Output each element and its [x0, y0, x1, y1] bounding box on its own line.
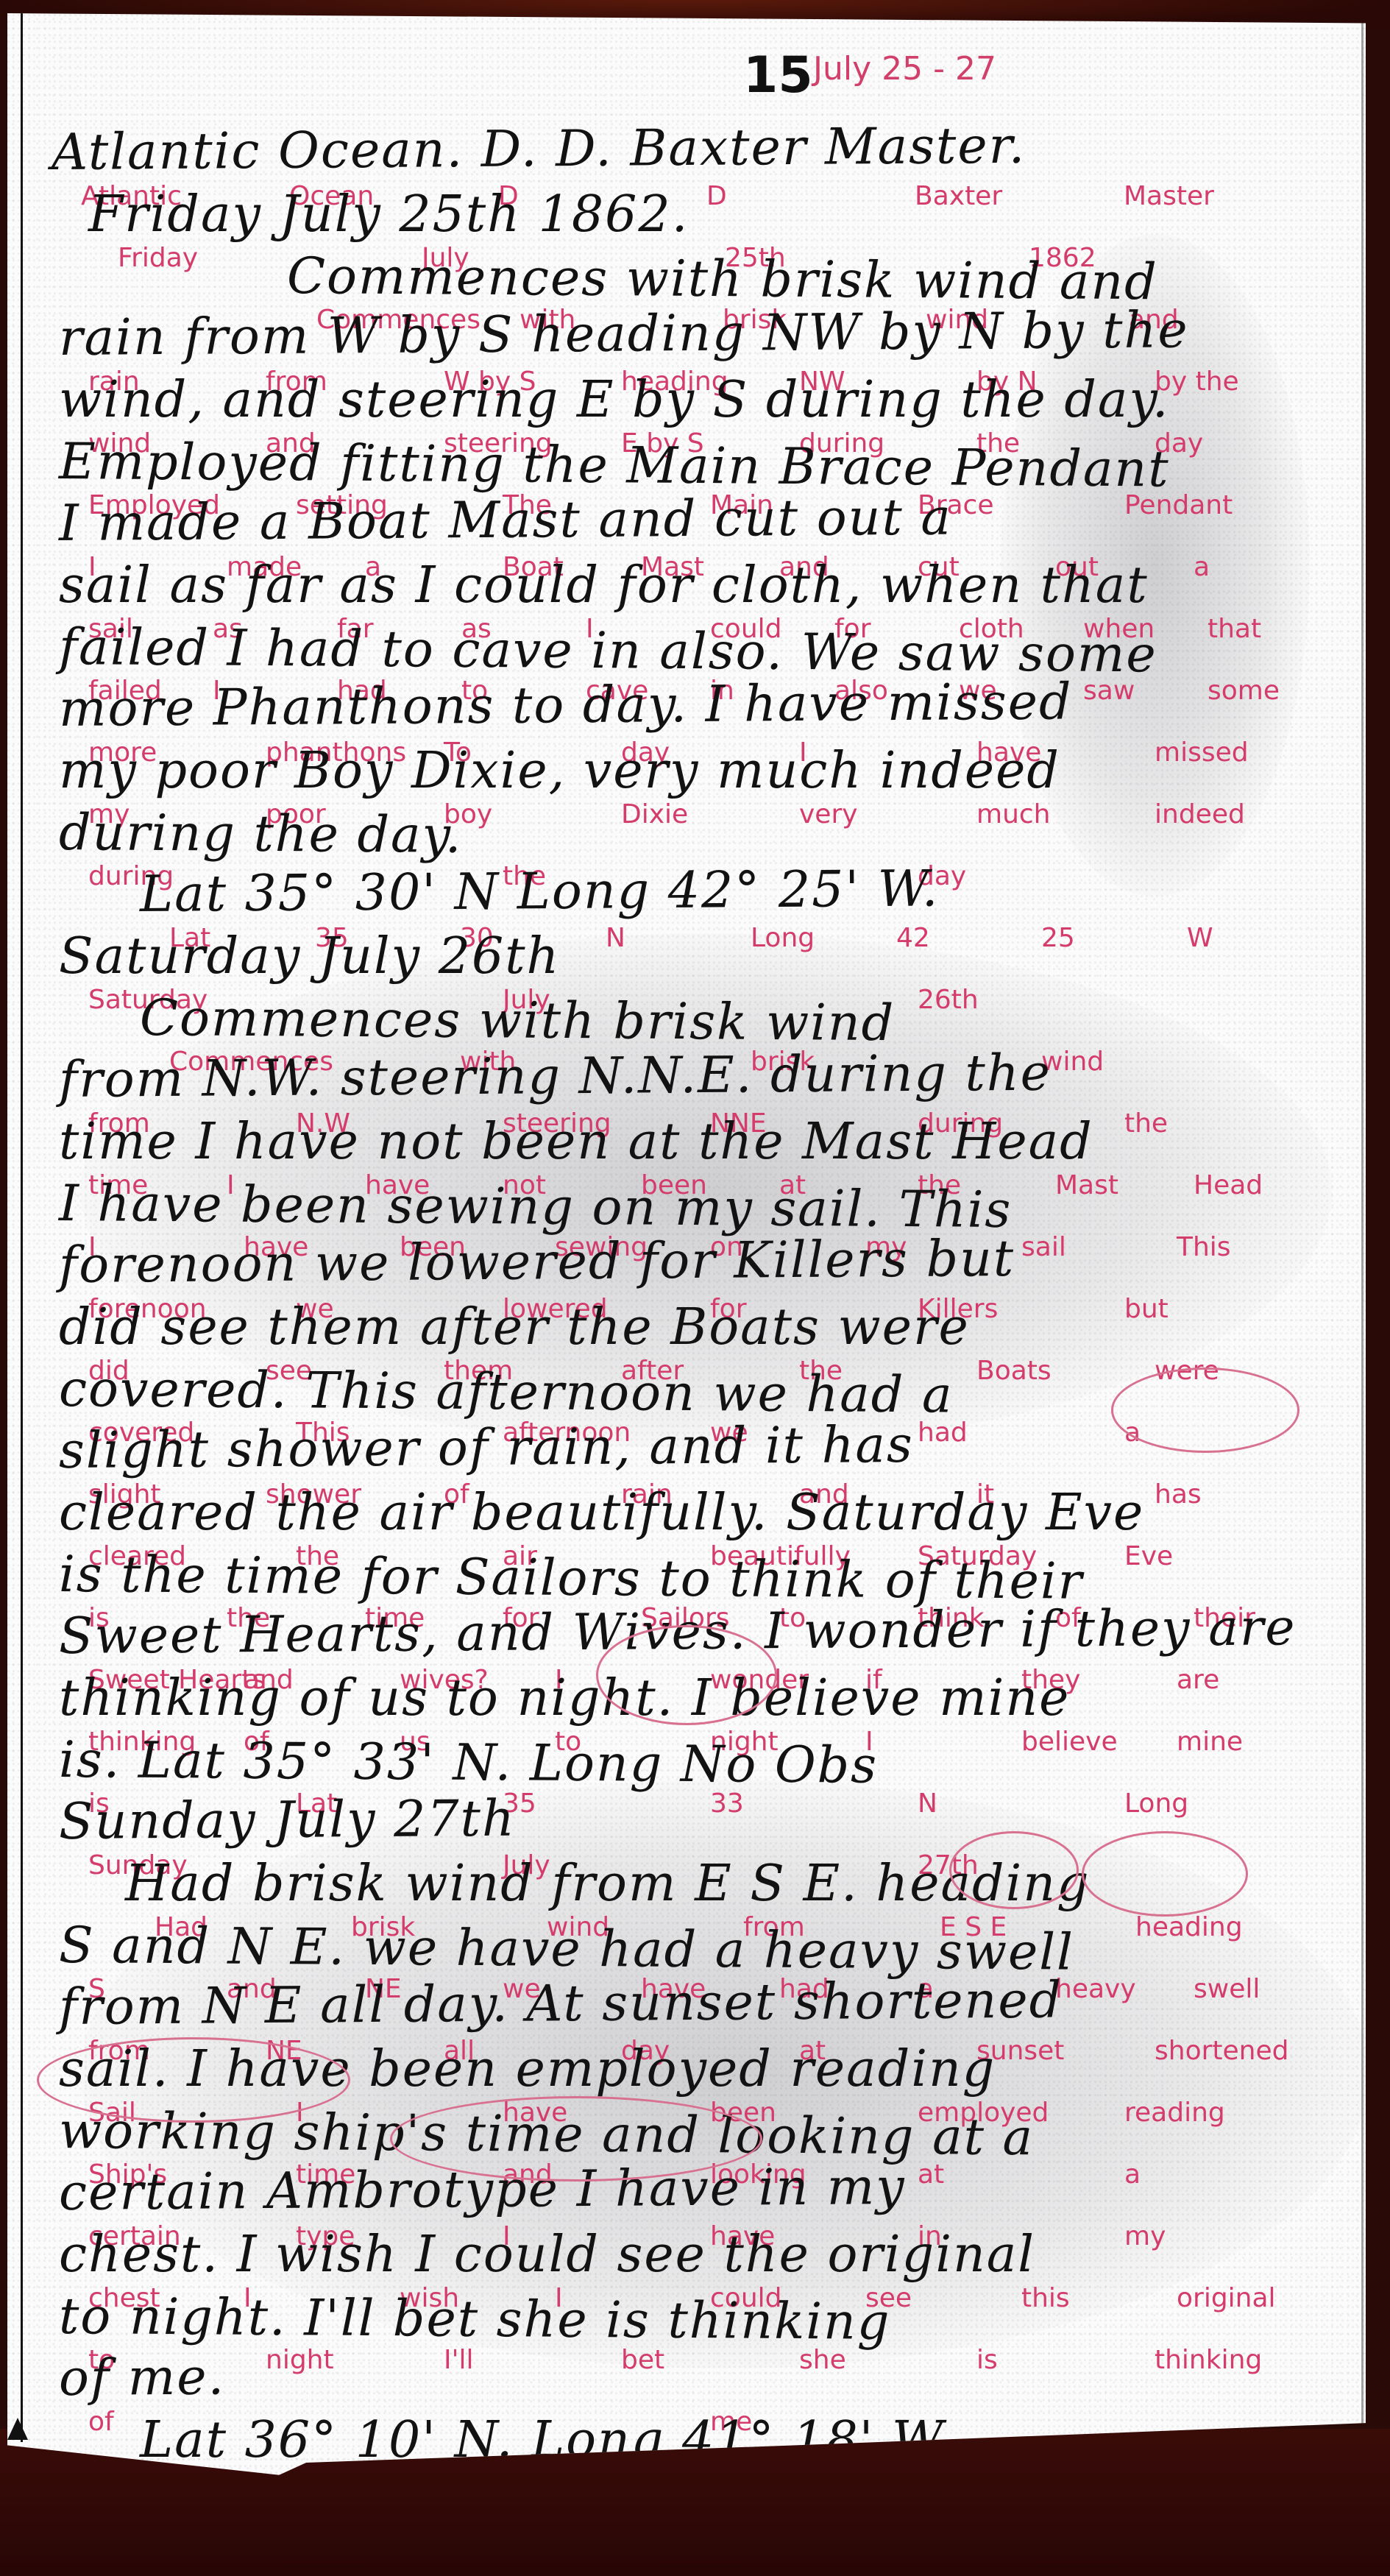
handwritten-line: thinking of us to night. I believe mine [59, 1669, 1070, 1727]
transcription-word: mine [1177, 1727, 1243, 1757]
transcription-word: shortened [1155, 2036, 1288, 2066]
handwritten-line: Friday July 25th 1862. [88, 185, 689, 244]
transcription-word: This [1177, 1232, 1231, 1262]
handwritten-line: rain from W by S heading NW by N by the [59, 301, 1189, 367]
handwritten-line: slight shower of rain, and it has [59, 1416, 914, 1480]
handwritten-line: more Phanthons to day. I have missed [59, 673, 1073, 738]
handwritten-line: chest. I wish I could see the original [59, 2226, 1035, 2284]
handwritten-line: wind, and steering E by S during the day… [59, 371, 1169, 429]
transcription-word: very [799, 799, 858, 829]
transcription-word: D [706, 181, 727, 211]
transcription-word: had [918, 1418, 968, 1448]
circled-word-marker [37, 2037, 350, 2123]
corner-mark-icon [7, 2418, 28, 2440]
transcription-word: missed [1155, 737, 1249, 768]
transcription-word: this [1021, 2283, 1070, 2313]
handwritten-line: I have been sewing on my sail. This [59, 1175, 1013, 1239]
transcription-word: Baxter [915, 181, 1002, 211]
handwritten-line: Had brisk wind from E S E. heading [125, 1855, 1091, 1913]
handwritten-line: Lat 35° 30' N Long 42° 25' W. [140, 860, 940, 924]
transcription-word: Eve [1124, 1541, 1173, 1571]
transcription-word: some [1208, 676, 1280, 706]
transcription-word: N [606, 923, 625, 953]
handwritten-line: of me. [59, 2348, 226, 2407]
transcription-word: 25 [1041, 923, 1075, 953]
page-date-range: July 25 - 27 [813, 50, 996, 88]
transcription-word: that [1208, 614, 1261, 644]
transcription-word: night [266, 2345, 334, 2375]
handwritten-line: to night. I'll bet she is thinking [59, 2287, 891, 2352]
handwritten-line: Atlantic Ocean. D. D. Baxter Master. [52, 117, 1026, 182]
transcription-word: my [1124, 2221, 1166, 2251]
transcription-word: thinking [1155, 2345, 1262, 2375]
handwritten-line: cleared the air beautifully. Saturday Ev… [59, 1484, 1144, 1542]
transcription-word: original [1177, 2283, 1276, 2313]
transcription-word: a [1124, 2159, 1141, 2190]
transcription-word: indeed [1155, 799, 1245, 829]
transcription-word: Head [1194, 1170, 1263, 1200]
handwritten-line: covered. This afternoon we had a [59, 1360, 954, 1424]
transcription-word: much [976, 799, 1051, 829]
transcription-word: sail [1021, 1232, 1066, 1262]
transcription-word: she [799, 2345, 846, 2375]
transcription-word: Friday [118, 243, 198, 273]
handwritten-line: Commences with brisk wind [140, 989, 896, 1052]
transcription-word: has [1155, 1479, 1202, 1510]
page-number: 15 [743, 46, 813, 105]
handwritten-line: is. Lat 35° 33' N. Long No Obs [59, 1731, 879, 1795]
transcription-word: Long [751, 923, 815, 953]
transcription-word: saw [1083, 676, 1135, 706]
transcription-word: a [1194, 552, 1210, 582]
circled-word-marker [390, 2096, 762, 2182]
transcription-word: 26th [918, 985, 979, 1015]
transcription-word: I'll [444, 2345, 474, 2375]
transcription-word: is [976, 2345, 998, 2375]
transcription-word: at [918, 2159, 944, 2190]
transcription-word: Dixie [621, 799, 688, 829]
transcription-word: but [1124, 1294, 1169, 1324]
handwritten-line: time I have not been at the Mast Head [59, 1113, 1093, 1171]
handwritten-line: Saturday July 26th [59, 927, 560, 986]
handwritten-line: forenoon we lowered for Killers but [59, 1230, 1015, 1295]
transcription-word: of [88, 2407, 114, 2437]
handwritten-line: sail as far as I could for cloth, when t… [59, 556, 1149, 615]
circled-word-marker [596, 1625, 777, 1725]
transcription-word: Master [1124, 181, 1214, 211]
circled-word-marker [1111, 1367, 1299, 1453]
handwritten-line: Sunday July 27th [59, 1790, 516, 1851]
transcription-word: heavy [1055, 1974, 1136, 2004]
transcription-word: swell [1194, 1974, 1260, 2004]
log-page: 15 July 25 - 27 Atlantic Ocean. D. D. Ba… [7, 13, 1366, 2490]
transcription-word: bet [621, 2345, 664, 2375]
handwritten-line: I made a Boat Mast and cut out a [59, 489, 952, 553]
transcription-word: N [918, 1788, 937, 1819]
transcription-word: believe [1021, 1727, 1118, 1757]
handwritten-line: Employed fitting the Main Brace Pendant [59, 433, 1170, 499]
transcription-word: 42 [896, 923, 930, 953]
handwritten-line: from N E all day. At sunset shortened [59, 1971, 1063, 2037]
transcription-word: Boats [976, 1356, 1052, 1386]
handwritten-line: did see them after the Boats were [59, 1298, 970, 1356]
transcription-word: Mast [1055, 1170, 1118, 1200]
handwritten-line: from N.W. steering N.N.E. during the [59, 1044, 1052, 1109]
transcription-word: are [1177, 1665, 1219, 1695]
handwritten-line: during the day. [59, 804, 463, 865]
handwritten-line: my poor Boy Dixie, very much indeed [59, 742, 1060, 800]
circled-word-marker [949, 1831, 1079, 1909]
transcription-word: W [1187, 923, 1213, 953]
transcription-word: Pendant [1124, 490, 1233, 520]
transcription-word: 33 [710, 1788, 744, 1819]
transcription-word: heading [1135, 1912, 1243, 1942]
transcription-word: the [1124, 1108, 1168, 1139]
transcription-word: Long [1124, 1788, 1188, 1819]
transcription-word: reading [1124, 2098, 1225, 2128]
circled-word-marker [1082, 1831, 1248, 1917]
